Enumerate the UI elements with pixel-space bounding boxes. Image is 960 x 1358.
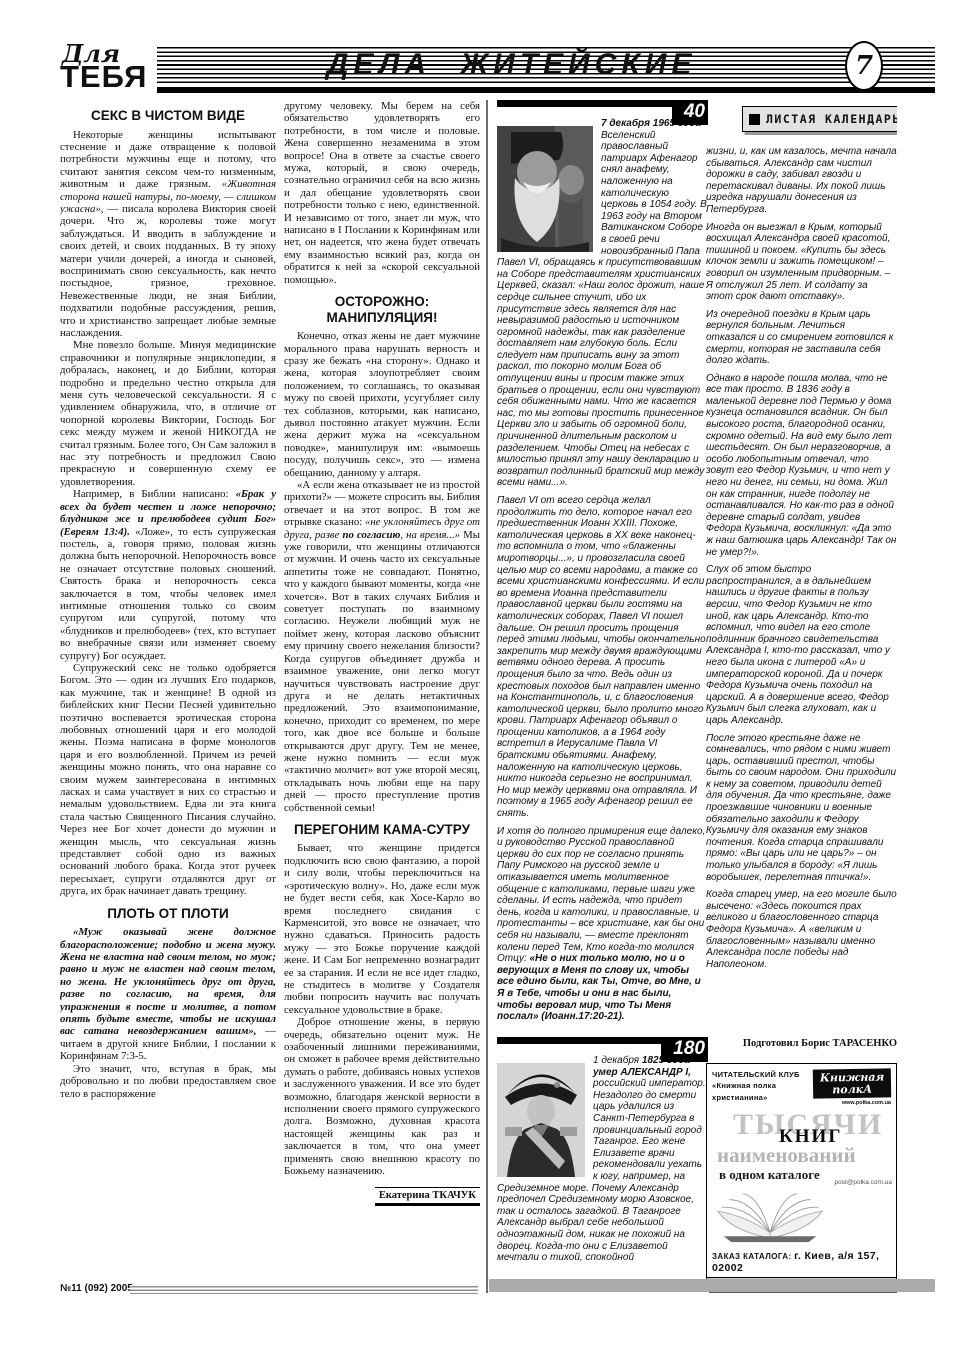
open-book-icon bbox=[711, 1188, 829, 1249]
paragraph: Из очередной поездки в Крым царь вернулс… bbox=[706, 309, 897, 367]
paragraph: Некоторые женщины испытывают стеснение и… bbox=[60, 129, 276, 340]
black-square-icon bbox=[749, 114, 760, 125]
paragraph: Бывает, что женщине придется подключить … bbox=[284, 842, 480, 1016]
anniversary-bar-180: 180 bbox=[497, 1037, 708, 1044]
ad-email: post@polka.com.ua bbox=[834, 1179, 892, 1186]
ad-club-line: «Книжная полка bbox=[712, 1080, 800, 1091]
paragraph: «А если жена отказывает не из простой пр… bbox=[284, 479, 480, 814]
ad-order-line: ЗАКАЗ КАТАЛОГА: г. Киев, а/я 157, 02002 bbox=[707, 1249, 896, 1277]
paragraph: Доброе отношение жены, в первую очередь,… bbox=[284, 1016, 480, 1177]
footer-gray-bar bbox=[489, 1279, 935, 1292]
paragraph: Павел VI от всего сердца желал продолжит… bbox=[497, 495, 708, 820]
issue-number: №11 (092) 2005 bbox=[60, 1283, 133, 1294]
article-heading: ПЛОТЬ ОТ ПЛОТИ bbox=[60, 906, 276, 922]
paragraph: Однако в народе пошла молва, что не все … bbox=[706, 373, 897, 559]
calendar-section-header: ЛИСТАЯ КАЛЕНДАРЬ bbox=[742, 106, 897, 132]
paragraph: Это значит, что, вступая в брак, мы добр… bbox=[60, 1063, 276, 1100]
section-title: ДЕЛА ЖИТЕЙСКИЕ bbox=[208, 48, 815, 82]
calendar-column-1: 40 7 декабря 1965 года Вселенский правос… bbox=[497, 100, 708, 1296]
paragraph: Когда старец умер, на его могиле было вы… bbox=[706, 889, 897, 970]
anniversary-bar-40: 40 bbox=[497, 100, 708, 107]
article-heading: СЕКС В ЧИСТОМ ВИДЕ bbox=[60, 108, 276, 124]
polka-logo: Книжная полкА bbox=[812, 1068, 891, 1098]
article-column-1: СЕКС В ЧИСТОМ ВИДЕНекоторые женщины испы… bbox=[60, 100, 276, 1283]
ad-order-label: ЗАКАЗ КАТАЛОГА: bbox=[712, 1252, 792, 1261]
paragraph: И хотя до полного примирения еще далеко,… bbox=[497, 826, 708, 1023]
anniversary-number-40: 40 bbox=[672, 100, 708, 125]
calendar-signature: Подготовил Борис ТАРАСЕНКО bbox=[743, 1038, 897, 1049]
paragraph: Слух об этом быстро распространился, а в… bbox=[706, 564, 897, 726]
ad-header-row: ЧИТАТЕЛЬСКИЙ КЛУБ «Книжная полка христиа… bbox=[707, 1064, 896, 1106]
patriarch-photo bbox=[497, 126, 593, 252]
calendar-item-180: 180 1 декабря 1825 года умер АЛЕКСАН bbox=[497, 1037, 708, 1270]
newspaper-logo: Для ТЕБЯ bbox=[56, 37, 157, 97]
article-column-2-text: другому человеку. Мы берем на себя обяза… bbox=[284, 100, 480, 1177]
paragraph: «Муж оказывай жене должное благорасполож… bbox=[60, 926, 276, 1062]
paragraph: Мне повезло больше. Минуя медицинские сп… bbox=[60, 339, 276, 488]
logo-word-tebya: ТЕБЯ bbox=[60, 59, 147, 95]
calendar-section-title: ЛИСТАЯ КАЛЕНДАРЬ bbox=[766, 112, 897, 126]
alexander-photo bbox=[497, 1063, 585, 1177]
masthead: Для ТЕБЯ ДЕЛА ЖИТЕЙСКИЕ 7 bbox=[58, 45, 935, 95]
paragraph: Конечно, отказ жены не дает мужчине мора… bbox=[284, 330, 480, 479]
polka-logo-line: полкА bbox=[820, 1083, 884, 1096]
ad-club-line: христианина» bbox=[712, 1092, 800, 1103]
book-club-ad: ЧИТАТЕЛЬСКИЙ КЛУБ «Книжная полка христиа… bbox=[706, 1063, 897, 1290]
anniversary-number-180: 180 bbox=[661, 1037, 708, 1062]
ad-headline-titles: наименований bbox=[717, 1143, 856, 1168]
footer-rule bbox=[130, 1286, 478, 1294]
ad-headline: ТЫСЯЧИ КНИГ наименований в одном каталог… bbox=[707, 1106, 896, 1188]
calendar-column-2-text: жизни, и, как им казалось, мечта начала … bbox=[706, 146, 897, 970]
column-divider bbox=[486, 100, 488, 1293]
paragraph: Супружеский секс не только одобряется Бо… bbox=[60, 662, 276, 898]
paragraph: другому человеку. Мы берем на себя обяза… bbox=[284, 100, 480, 286]
paragraph: После этого крестьяне даже не сомневалис… bbox=[706, 733, 897, 884]
paragraph: Иногда он выезжал в Крым, который восхищ… bbox=[706, 222, 897, 303]
page-number-badge: 7 bbox=[845, 41, 883, 91]
page-number: 7 bbox=[855, 51, 873, 81]
ad-club-line: ЧИТАТЕЛЬСКИЙ КЛУБ bbox=[712, 1069, 800, 1080]
article-column-2: другому человеку. Мы берем на себя обяза… bbox=[284, 100, 480, 1283]
newspaper-page: Для ТЕБЯ ДЕЛА ЖИТЕЙСКИЕ 7 СЕКС В ЧИСТОМ … bbox=[0, 0, 960, 1358]
calendar-column-2: ЛИСТАЯ КАЛЕНДАРЬ жизни, и, как им казало… bbox=[706, 100, 897, 1296]
article-signature: Екатерина ТКАЧУК bbox=[375, 1187, 480, 1206]
ad-logo-block: Книжная полкА www.polka.com.ua bbox=[813, 1069, 891, 1106]
paragraph: Например, в Библии написано: «Брак у все… bbox=[60, 488, 276, 662]
paragraph: жизни, и, как им казалось, мечта начала … bbox=[706, 146, 897, 216]
calendar-item-40: 40 7 декабря 1965 года Вселенский правос… bbox=[497, 100, 708, 1037]
masthead-rule bbox=[58, 87, 935, 93]
ad-headline-catalog: в одном каталоге bbox=[719, 1167, 820, 1183]
ad-club-name: ЧИТАТЕЛЬСКИЙ КЛУБ «Книжная полка христиа… bbox=[712, 1069, 800, 1106]
ad-book-row bbox=[707, 1188, 896, 1249]
article-heading: ОСТОРОЖНО: МАНИПУЛЯЦИЯ! bbox=[284, 294, 480, 325]
article-heading: ПЕРЕГОНИМ КАМА-СУТРУ bbox=[284, 822, 480, 838]
